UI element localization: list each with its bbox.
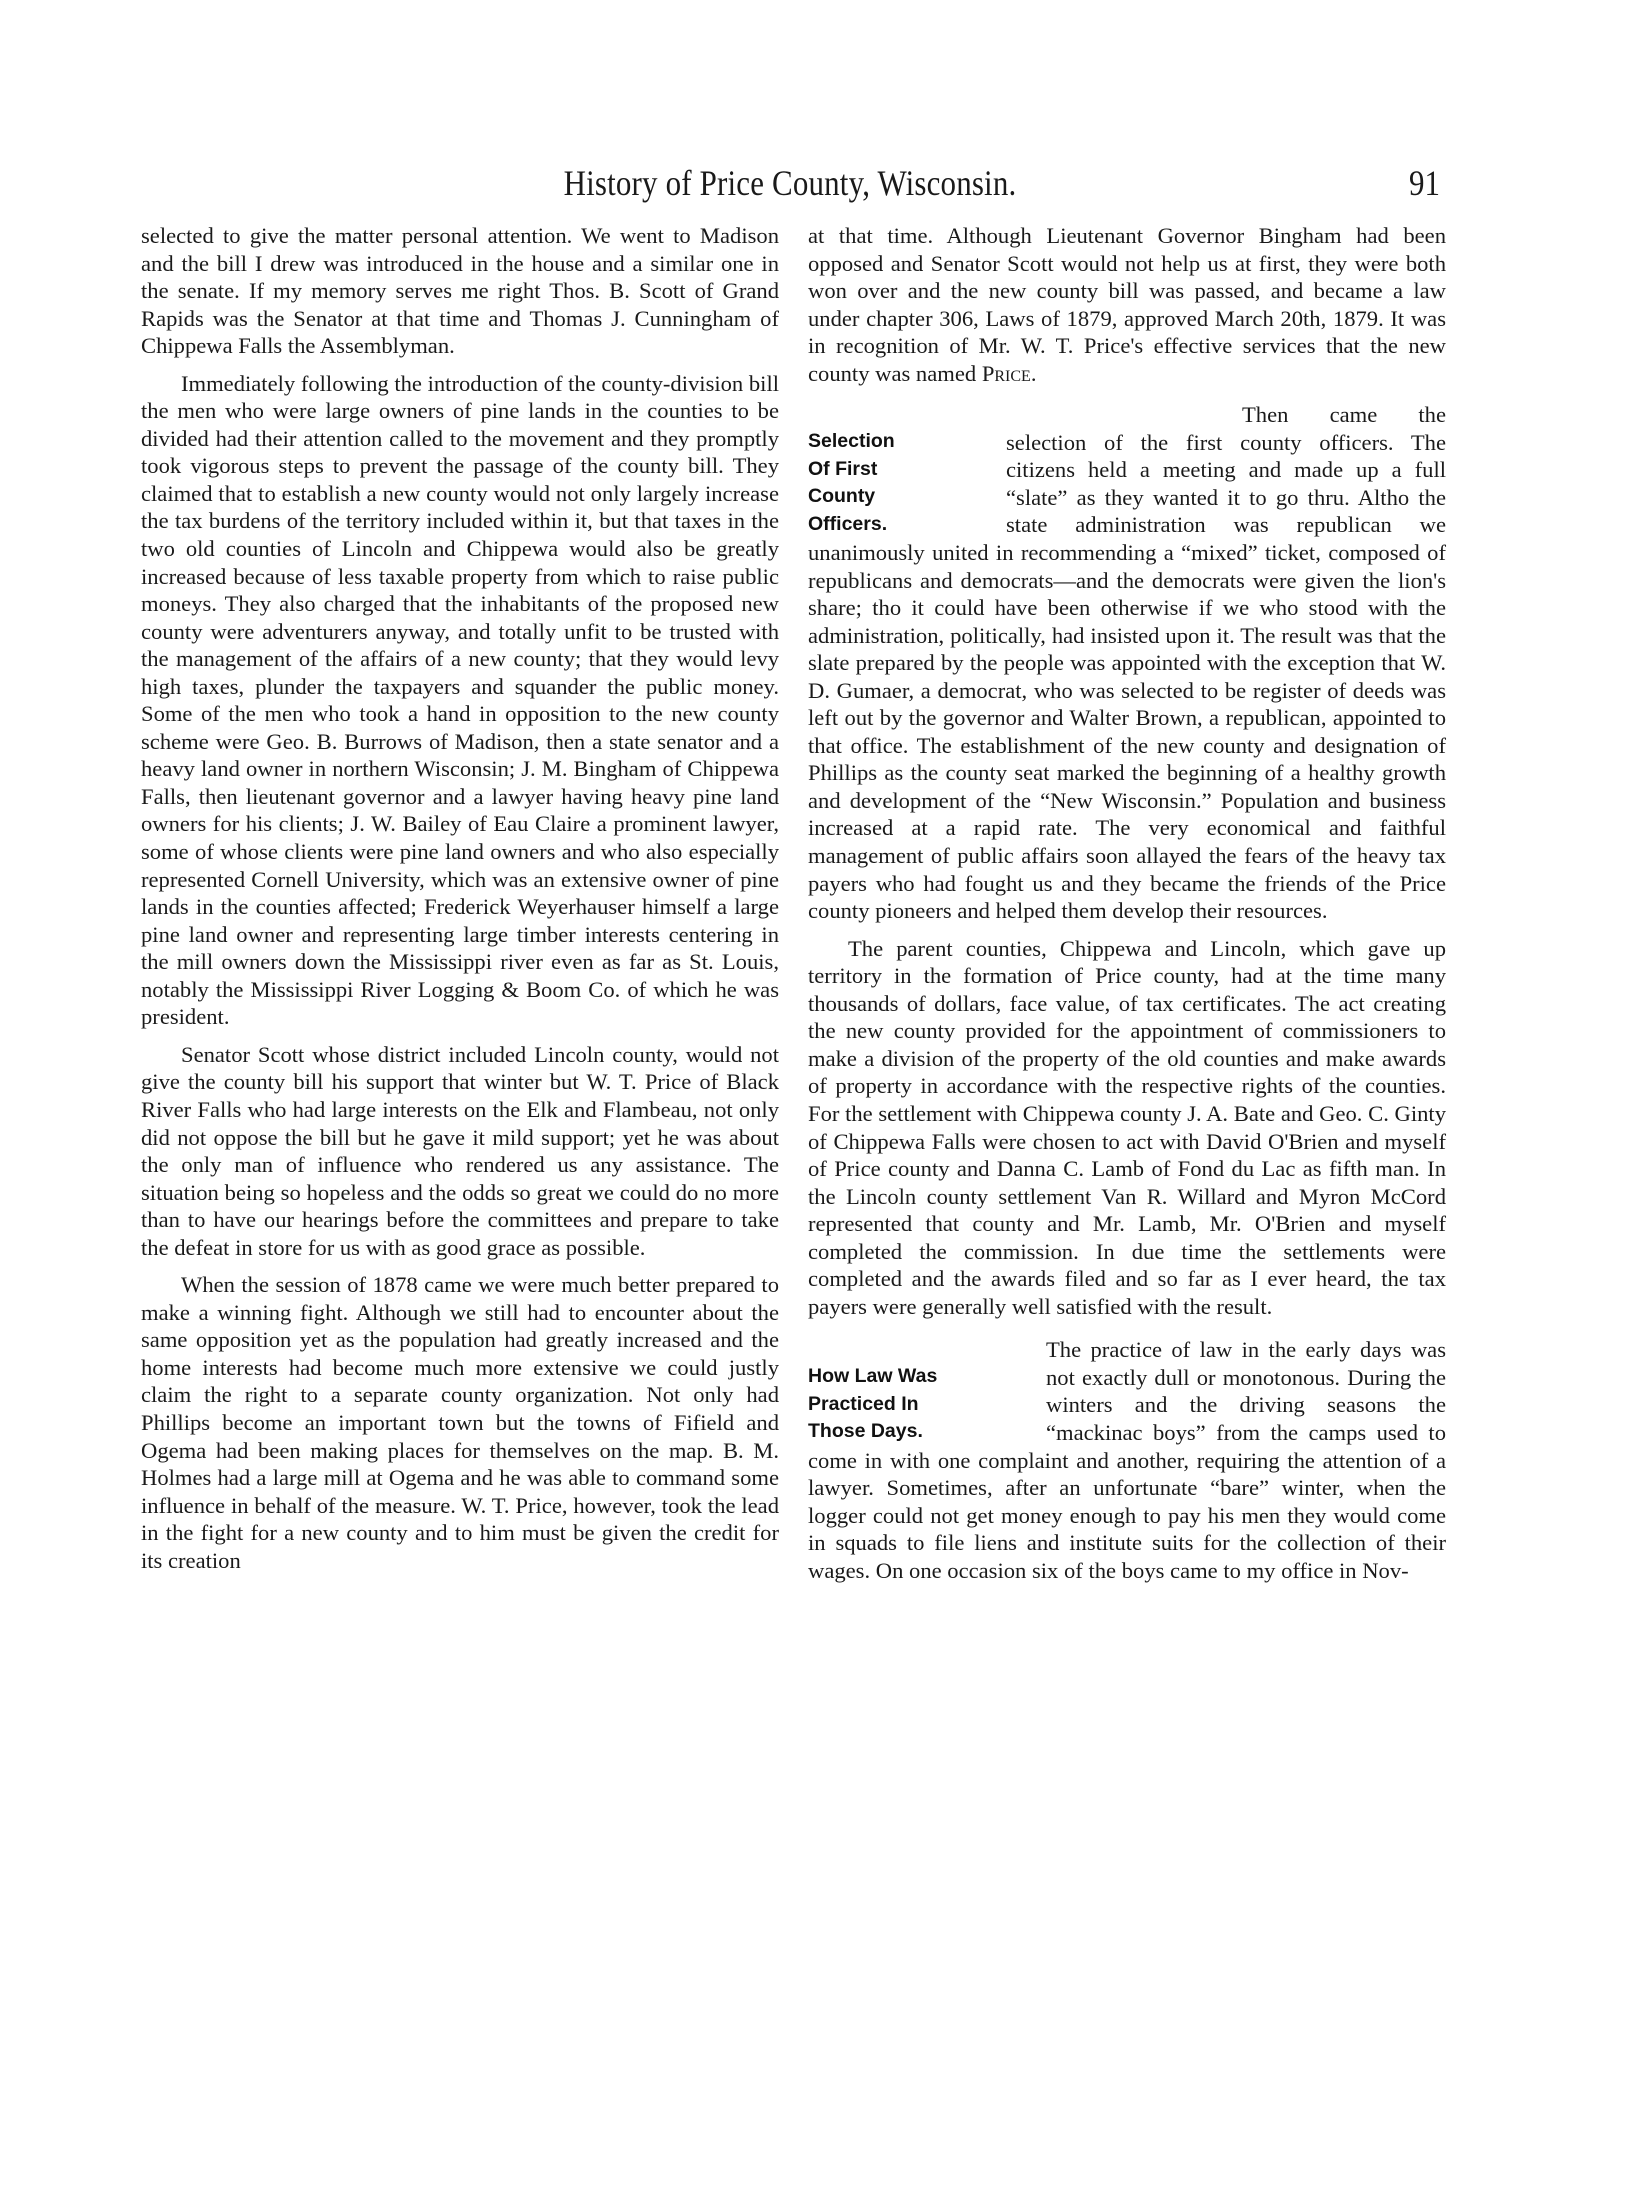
paragraph-text: at that time. Although Lieutenant Govern… (808, 223, 1446, 386)
running-head: History of Price County, Wisconsin. 91 (140, 162, 1440, 212)
paragraph: Senator Scott whose district included Li… (141, 1041, 779, 1261)
sidehead-line: How Law Was (808, 1363, 1046, 1391)
running-title: History of Price County, Wisconsin. (231, 162, 1349, 204)
sidehead-line: Selection (808, 428, 1006, 456)
paragraph: When the session of 1878 came we were mu… (141, 1271, 779, 1574)
right-column: at that time. Although Lieutenant Govern… (808, 222, 1446, 1594)
paragraph: selected to give the matter personal att… (141, 222, 779, 360)
section-how-law-was-practiced: How Law Was Practiced In Those Days. The… (808, 1336, 1446, 1584)
sidehead-line: Officers. (808, 511, 1006, 539)
sidehead-line: County (808, 483, 1006, 511)
sidehead-line: Practiced In (808, 1391, 1046, 1419)
section-first-county-officers: Selection Of First County Officers. Then… (808, 401, 1446, 924)
paragraph: at that time. Although Lieutenant Govern… (808, 222, 1446, 387)
sidehead-line: Those Days. (808, 1418, 1046, 1446)
sidehead: Selection Of First County Officers. (808, 401, 1006, 538)
page-number: 91 (1409, 162, 1440, 204)
county-name: Price. (982, 361, 1037, 386)
paragraph: Immediately following the introduction o… (141, 370, 779, 1031)
sidehead-line: Of First (808, 456, 1006, 484)
sidehead: How Law Was Practiced In Those Days. (808, 1336, 1046, 1446)
left-column: selected to give the matter personal att… (141, 222, 779, 1584)
paragraph: The parent counties, Chippewa and Lincol… (808, 935, 1446, 1321)
